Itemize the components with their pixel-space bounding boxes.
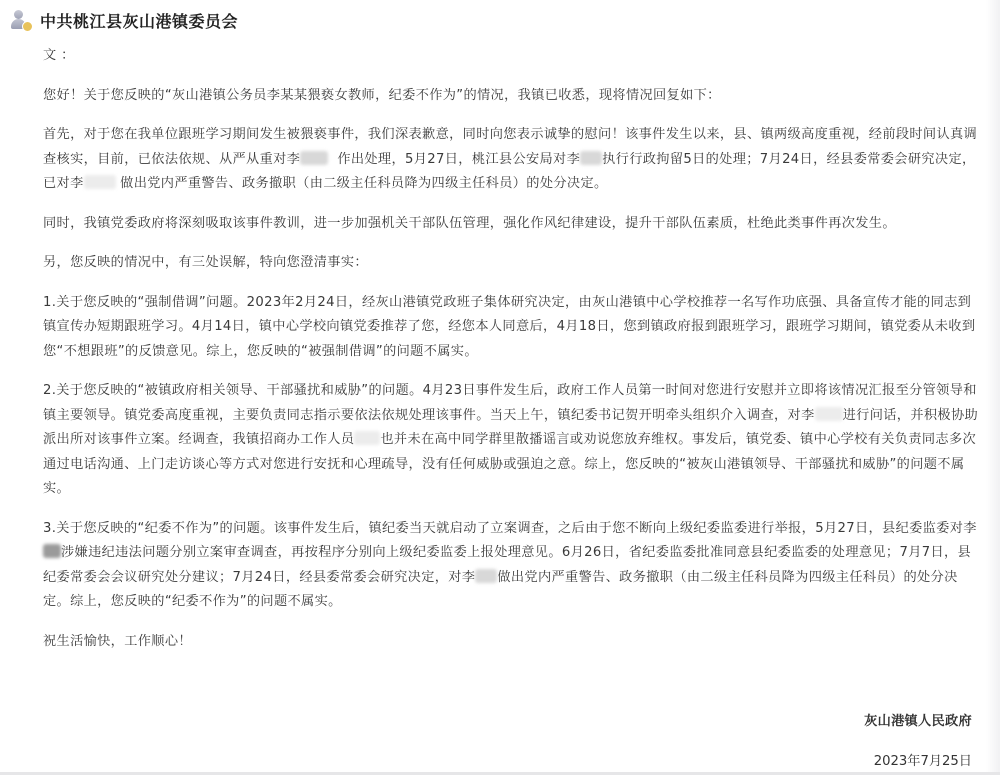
letter-date: 2023年7月25日 <box>874 750 972 769</box>
closing-line: 祝生活愉快，工作顺心！ <box>43 630 978 655</box>
paragraph-apology: 首先，对于您在我单位跟班学习期间发生被猥亵事件，我们深表歉意，同时向您表示诚挚的… <box>43 123 978 197</box>
redacted-name <box>580 151 602 165</box>
redacted-name <box>84 175 116 189</box>
message-header: 中共桃江县灰山港镇委员会 <box>10 6 238 34</box>
intro-paragraph: 您好！关于您反映的“灰山港镇公务员李某某猥亵女教师，纪委不作为”的情况，我镇已收… <box>43 84 978 109</box>
signature: 灰山港镇人民政府 <box>864 710 972 729</box>
redacted-name <box>43 544 61 558</box>
point-2: 2.关于您反映的“被镇政府相关领导、干部骚扰和威胁”的问题。4月23日事件发生后… <box>43 379 978 502</box>
point-3: 3.关于您反映的“纪委不作为”的问题。该事件发生后，镇纪委当天就启动了立案调查，… <box>43 517 978 615</box>
redacted-name <box>354 431 380 445</box>
paragraph-clarification-intro: 另，您反映的情况中，有三处误解，特向您澄清事实： <box>43 251 978 276</box>
sender-name[interactable]: 中共桃江县灰山港镇委员会 <box>40 9 238 32</box>
letter-body: 文 ： 您好！关于您反映的“灰山港镇公务员李某某猥亵女教师，纪委不作为”的情况，… <box>43 44 978 669</box>
salutation: 文 ： <box>43 44 978 69</box>
verified-badge-icon <box>22 21 33 32</box>
redacted-name <box>815 407 843 421</box>
paragraph-commitment: 同时，我镇党委政府将深刻吸取该事件教训，进一步加强机关干部队伍管理，强化作风纪律… <box>43 212 978 237</box>
scroll-edge <box>986 0 1000 775</box>
redacted-name <box>475 569 497 583</box>
point-1: 1.关于您反映的“强制借调”问题。2023年2月24日，经灰山港镇党政班子集体研… <box>43 291 978 365</box>
redacted-name <box>300 151 328 165</box>
user-avatar-icon[interactable] <box>10 9 32 31</box>
